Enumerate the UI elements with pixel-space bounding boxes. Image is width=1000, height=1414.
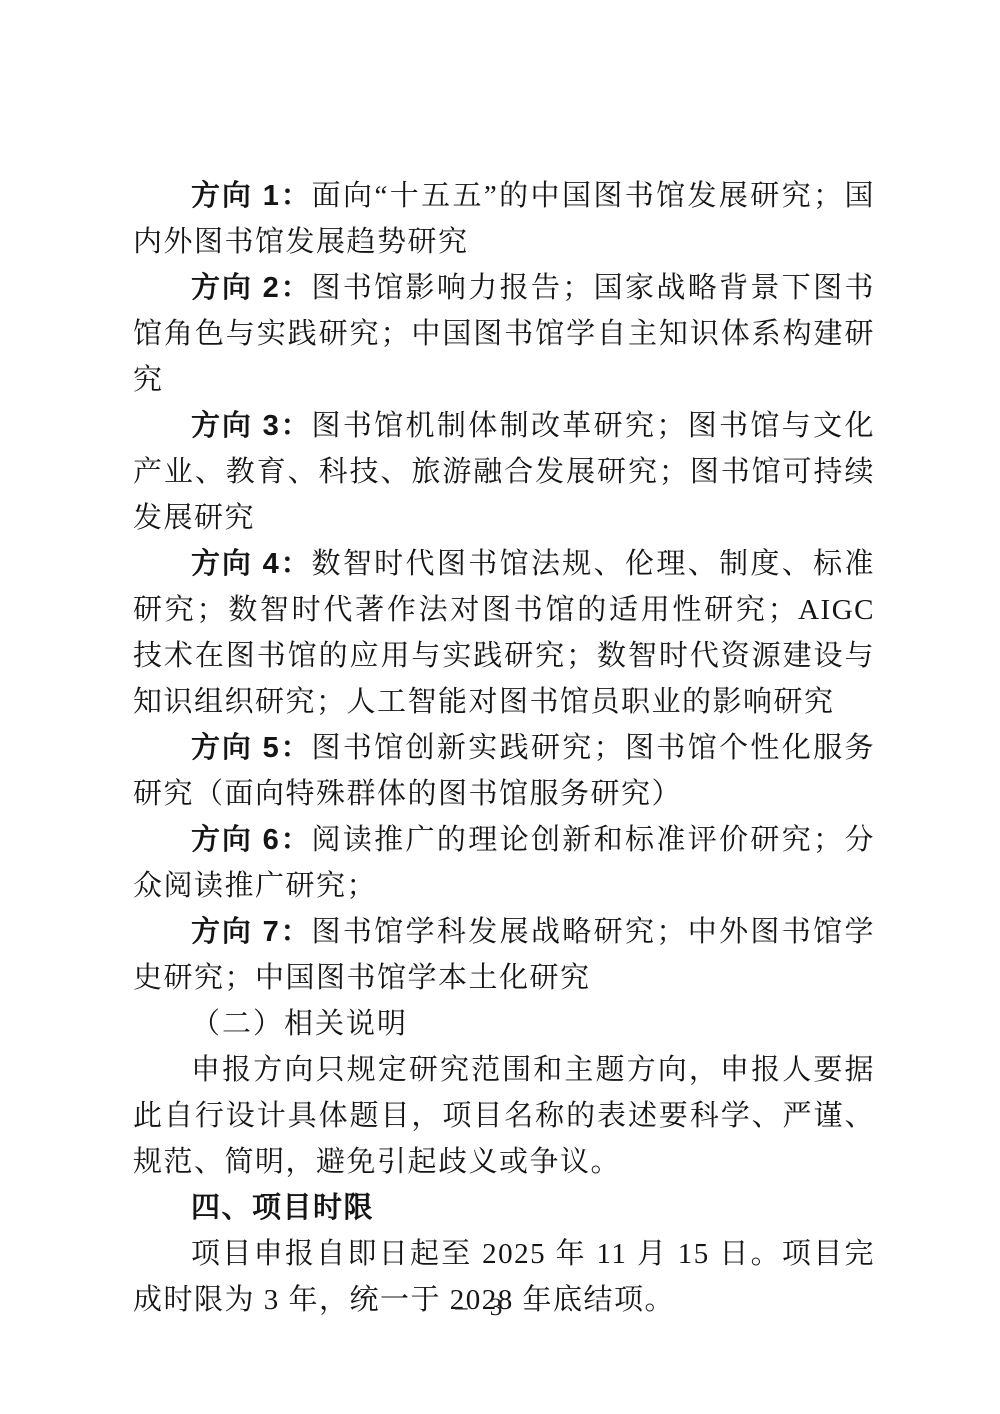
direction-4-label: 方向 4： xyxy=(191,548,311,580)
direction-5-label: 方向 5： xyxy=(191,732,311,764)
direction-3-paragraph: 方向 3：图书馆机制体制改革研究；图书馆与文化产业、教育、科技、旅游融合发展研究… xyxy=(133,403,875,541)
direction-7-label: 方向 7： xyxy=(191,916,311,948)
direction-5-paragraph: 方向 5：图书馆创新实践研究；图书馆个性化服务研究（面向特殊群体的图书馆服务研究… xyxy=(133,725,875,817)
direction-7-paragraph: 方向 7：图书馆学科发展战略研究；中外图书馆学史研究；中国图书馆学本土化研究 xyxy=(133,909,875,1001)
page-number: – 3 – xyxy=(0,1294,1000,1322)
section-heading: 四、项目时限 xyxy=(133,1185,875,1231)
direction-4-paragraph: 方向 4：数智时代图书馆法规、伦理、制度、标准研究；数智时代著作法对图书馆的适用… xyxy=(133,541,875,725)
direction-6-paragraph: 方向 6：阅读推广的理论创新和标准评价研究；分众阅读推广研究； xyxy=(133,817,875,909)
direction-2-paragraph: 方向 2：图书馆影响力报告；国家战略背景下图书馆角色与实践研究；中国图书馆学自主… xyxy=(133,265,875,403)
subsection-heading: （二）相关说明 xyxy=(133,1001,875,1047)
document-page: 方向 1：面向“十五五”的中国图书馆发展研究；国内外图书馆发展趋势研究 方向 2… xyxy=(0,0,1000,1414)
direction-1-label: 方向 1： xyxy=(191,180,312,212)
direction-3-label: 方向 3： xyxy=(191,410,311,442)
direction-6-label: 方向 6： xyxy=(191,824,311,856)
direction-2-label: 方向 2： xyxy=(191,272,311,304)
direction-1-paragraph: 方向 1：面向“十五五”的中国图书馆发展研究；国内外图书馆发展趋势研究 xyxy=(133,173,875,265)
document-body: 方向 1：面向“十五五”的中国图书馆发展研究；国内外图书馆发展趋势研究 方向 2… xyxy=(133,173,875,1323)
subsection-body-paragraph: 申报方向只规定研究范围和主题方向，申报人要据此自行设计具体题目，项目名称的表述要… xyxy=(133,1047,875,1185)
